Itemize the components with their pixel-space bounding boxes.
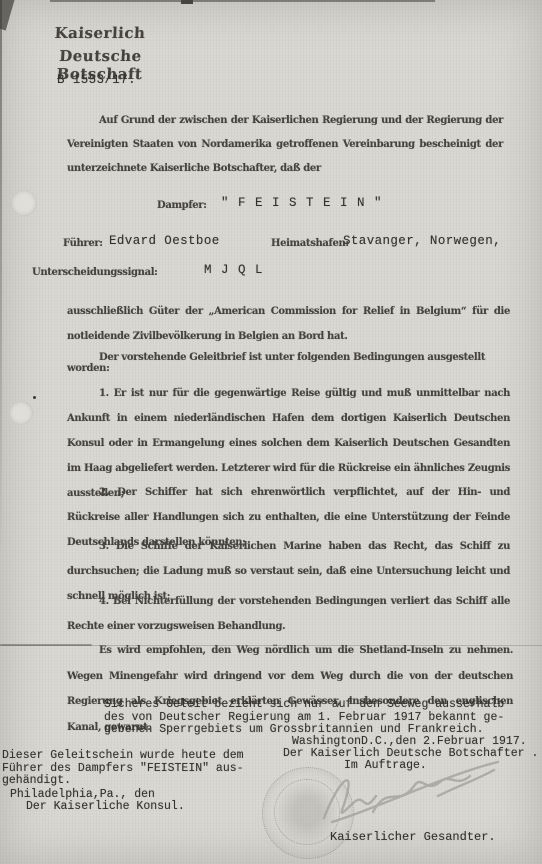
field-heimathafen-value: Stavanger, Norwegen, bbox=[343, 235, 501, 248]
scan-left-edge bbox=[0, 0, 2, 560]
safe-conduct-document: Kaiserlich Deutsche Botschaft B 1553/17.… bbox=[0, 0, 542, 864]
field-heimathafen-label: Heimatshafen: bbox=[271, 238, 349, 249]
scan-edge-artifact bbox=[50, 0, 435, 2]
signature-caption: Kaiserlicher Gesandter. bbox=[330, 831, 496, 844]
conditions-intro: Der vorstehende Geleitbrief ist unter fo… bbox=[67, 352, 510, 374]
typed-safe-conduct-note: Sicheres Geleit bezieht sich nur auf den… bbox=[104, 699, 504, 737]
field-signal-value: M J Q L bbox=[204, 264, 264, 277]
condition-item-4: 4. Bei Nichterfüllung der vorstehenden B… bbox=[67, 589, 510, 639]
punch-hole-middle bbox=[9, 401, 33, 425]
field-fuehrer-label: Führer: bbox=[63, 238, 103, 249]
punch-hole-top bbox=[11, 190, 37, 216]
cargo-clause: ausschließlich Güter der „American Commi… bbox=[67, 300, 510, 349]
field-dampfer-value: " F E I S T E I N " bbox=[221, 197, 383, 210]
field-fuehrer-value: Edvard Oestboe bbox=[109, 235, 220, 248]
handover-note: Dieser Geleitschein wurde heute dem Führ… bbox=[2, 750, 244, 788]
reference-number: B 1553/17. bbox=[57, 74, 136, 87]
handwritten-signature bbox=[318, 756, 503, 828]
scan-edge-tick bbox=[181, 0, 193, 4]
ink-speck bbox=[33, 396, 36, 399]
field-dampfer-label: Dampfer: bbox=[157, 200, 207, 211]
letterhead-line1: Kaiserlich bbox=[50, 24, 151, 42]
scan-corner-artifact bbox=[0, 0, 16, 31]
field-signal-label: Unterscheidungssignal: bbox=[32, 267, 158, 278]
intro-paragraph: Auf Grund der zwischen der Kaiserlichen … bbox=[67, 109, 503, 181]
handover-signer-title: Der Kaiserliche Konsul. bbox=[26, 801, 185, 814]
